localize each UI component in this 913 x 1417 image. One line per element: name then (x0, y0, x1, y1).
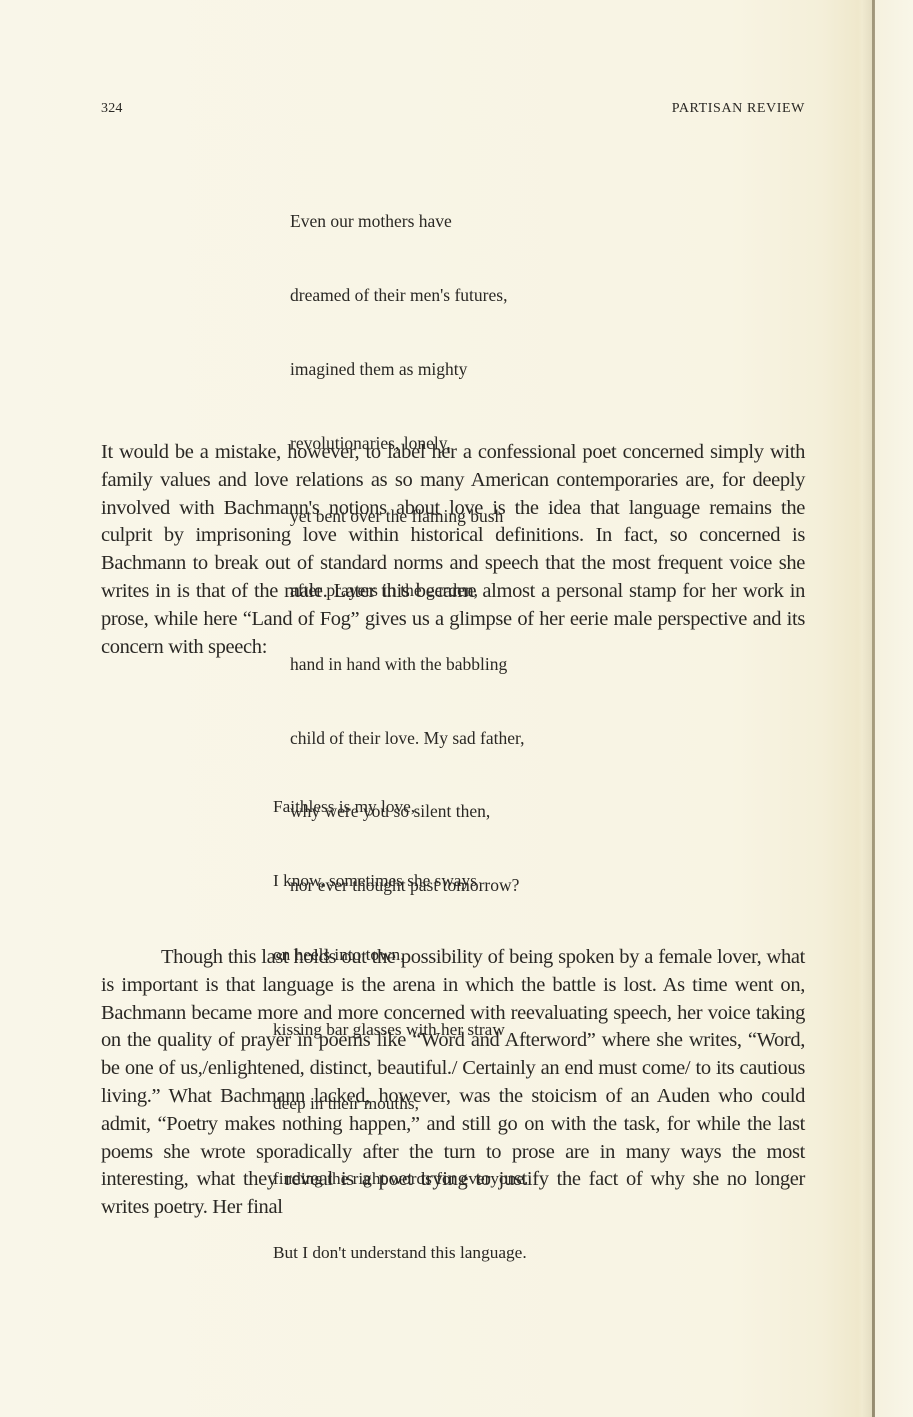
paragraph-text: Though this last holds out the possibili… (101, 944, 805, 1222)
paragraph-text: It would be a mistake, however, to label… (101, 439, 805, 661)
book-page: 324 PARTISAN REVIEW Even our mothers hav… (0, 0, 913, 1417)
verse-line: But I don't understand this language. (273, 1241, 528, 1266)
body-paragraph-1: It would be a mistake, however, to label… (101, 439, 805, 661)
verse-line: Faithless is my love, (273, 795, 528, 820)
body-paragraph-2: Though this last holds out the possibili… (101, 944, 805, 1222)
verse-line: dreamed of their men's futures, (290, 283, 525, 308)
page-edge (872, 0, 875, 1417)
page-number: 324 (101, 101, 123, 117)
running-head: 324 PARTISAN REVIEW (101, 101, 805, 119)
journal-title: PARTISAN REVIEW (672, 101, 805, 117)
verse-line: I know, sometimes she sways (273, 869, 528, 894)
verse-line: imagined them as mighty (290, 357, 525, 382)
verse-line: Even our mothers have (290, 209, 525, 234)
